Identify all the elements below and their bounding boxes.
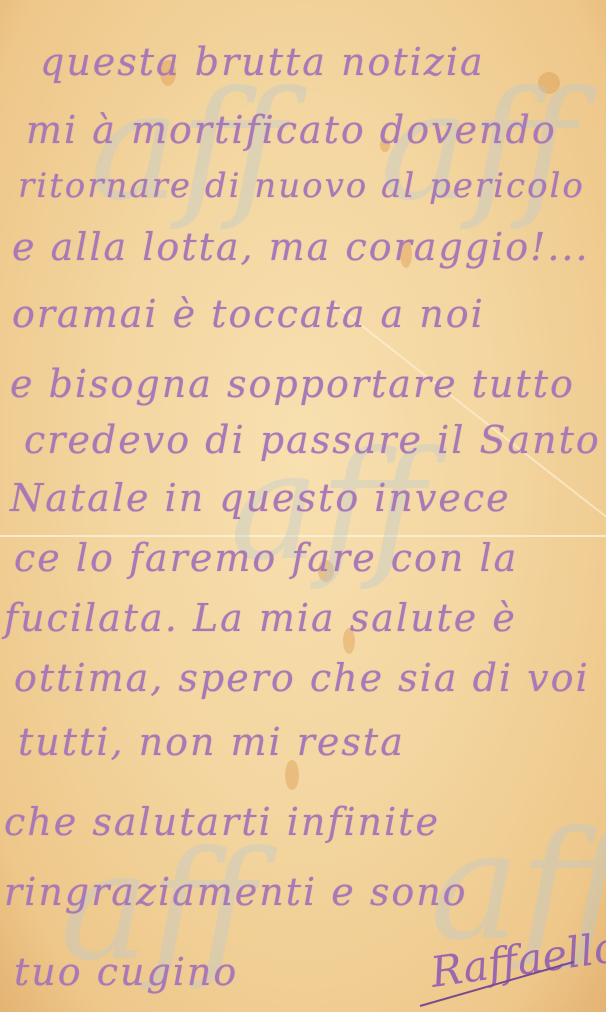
- letter-line: tuo cugino: [14, 950, 238, 994]
- letter-line: credevo di passare il Santo: [24, 418, 601, 462]
- letter-line: mi à mortificato dovendo: [26, 108, 557, 152]
- letter-body: questa brutta notizia mi à mortificato d…: [0, 0, 606, 1012]
- letter-line: e alla lotta, ma coraggio!...: [12, 225, 590, 269]
- letter-line: Natale in questo invece: [10, 476, 511, 520]
- letter-page: aff aff aff aff aff questa brutta notizi…: [0, 0, 606, 1012]
- letter-line: ringraziamenti e sono: [4, 870, 468, 914]
- letter-line: e bisogna sopportare tutto: [10, 362, 575, 406]
- letter-line: ottima, spero che sia di voi: [14, 656, 590, 700]
- letter-line: ce lo faremo fare con la: [14, 536, 518, 580]
- letter-line: fucilata. La mia salute è: [4, 596, 517, 640]
- letter-line: questa brutta notizia: [40, 40, 485, 84]
- letter-line: oramai è toccata a noi: [12, 292, 485, 336]
- letter-line: che salutarti infinite: [4, 800, 440, 844]
- letter-line: tutti, non mi resta: [18, 720, 405, 764]
- letter-line: ritornare di nuovo al pericolo: [18, 166, 585, 206]
